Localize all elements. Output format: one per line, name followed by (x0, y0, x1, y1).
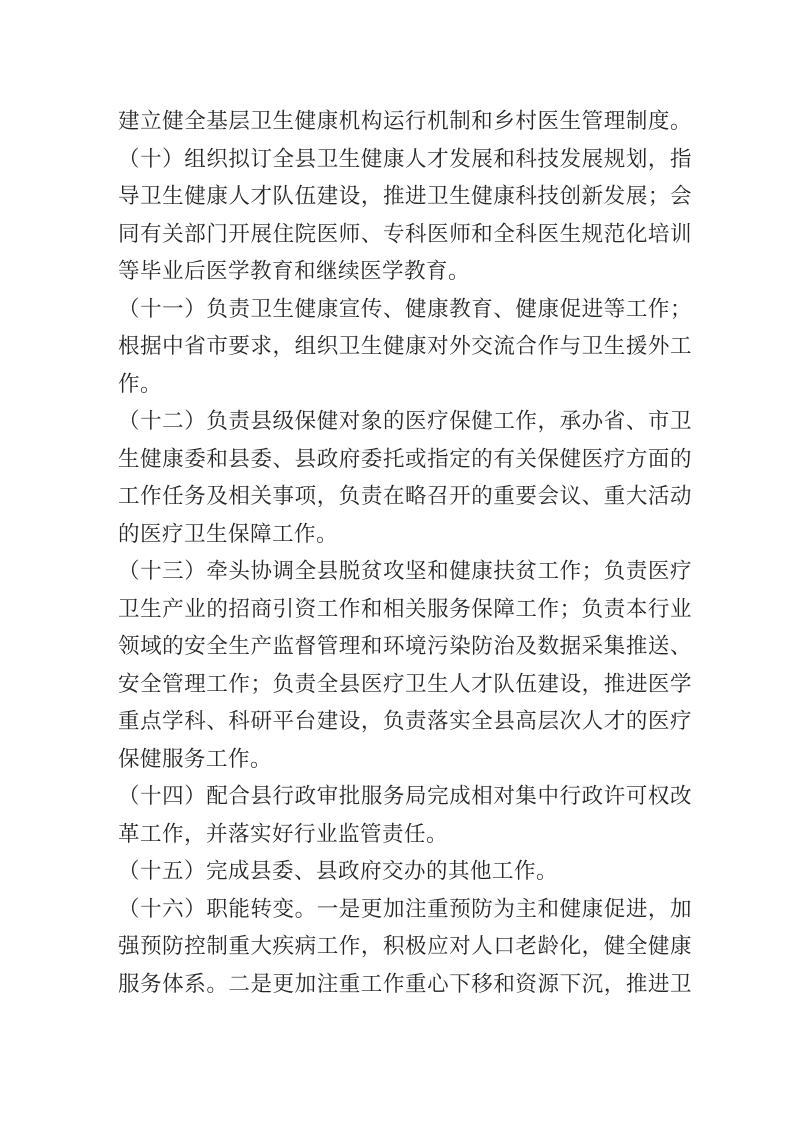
text-line-16: 安全管理工作；负责全县医疗卫生人才队伍建设，推进医学 (118, 666, 692, 704)
text-line-22: （十六）职能转变。一是更加注重预防为主和健康促进，加 (118, 891, 692, 929)
text-line-6: （十一）负责卫生健康宣传、健康教育、健康促进等工作； (118, 291, 692, 329)
text-line-23: 强预防控制重大疾病工作，积极应对人口老龄化，健全健康 (118, 928, 692, 966)
text-line-9: （十二）负责县级保健对象的医疗保健工作，承办省、市卫 (118, 403, 692, 441)
text-line-20: 革工作，并落实好行业监管责任。 (118, 816, 692, 854)
text-line-17: 重点学科、科研平台建设，负责落实全县高层次人才的医疗 (118, 703, 692, 741)
text-line-4: 同有关部门开展住院医师、专科医师和全科医生规范化培训 (118, 216, 692, 254)
text-line-12: 的医疗卫生保障工作。 (118, 516, 692, 554)
text-line-21: （十五）完成县委、县政府交办的其他工作。 (118, 853, 692, 891)
document-page: 建立健全基层卫生健康机构运行机制和乡村医生管理制度。（十）组织拟订全县卫生健康人… (0, 0, 793, 1122)
text-line-15: 领域的安全生产监督管理和环境污染防治及数据采集推送、 (118, 628, 692, 666)
text-line-18: 保健服务工作。 (118, 741, 692, 779)
text-line-2: （十）组织拟订全县卫生健康人才发展和科技发展规划，指 (118, 141, 692, 179)
text-line-3: 导卫生健康人才队伍建设，推进卫生健康科技创新发展；会 (118, 178, 692, 216)
document-text-block: 建立健全基层卫生健康机构运行机制和乡村医生管理制度。（十）组织拟订全县卫生健康人… (118, 103, 692, 1003)
text-line-13: （十三）牵头协调全县脱贫攻坚和健康扶贫工作；负责医疗 (118, 553, 692, 591)
text-line-14: 卫生产业的招商引资工作和相关服务保障工作；负责本行业 (118, 591, 692, 629)
text-line-1: 建立健全基层卫生健康机构运行机制和乡村医生管理制度。 (118, 103, 692, 141)
text-line-19: （十四）配合县行政审批服务局完成相对集中行政许可权改 (118, 778, 692, 816)
text-line-11: 工作任务及相关事项，负责在略召开的重要会议、重大活动 (118, 478, 692, 516)
text-line-8: 作。 (118, 366, 692, 404)
text-line-7: 根据中省市要求，组织卫生健康对外交流合作与卫生援外工 (118, 328, 692, 366)
text-line-24: 服务体系。二是更加注重工作重心下移和资源下沉，推进卫 (118, 966, 692, 1004)
text-line-10: 生健康委和县委、县政府委托或指定的有关保健医疗方面的 (118, 441, 692, 479)
text-line-5: 等毕业后医学教育和继续医学教育。 (118, 253, 692, 291)
